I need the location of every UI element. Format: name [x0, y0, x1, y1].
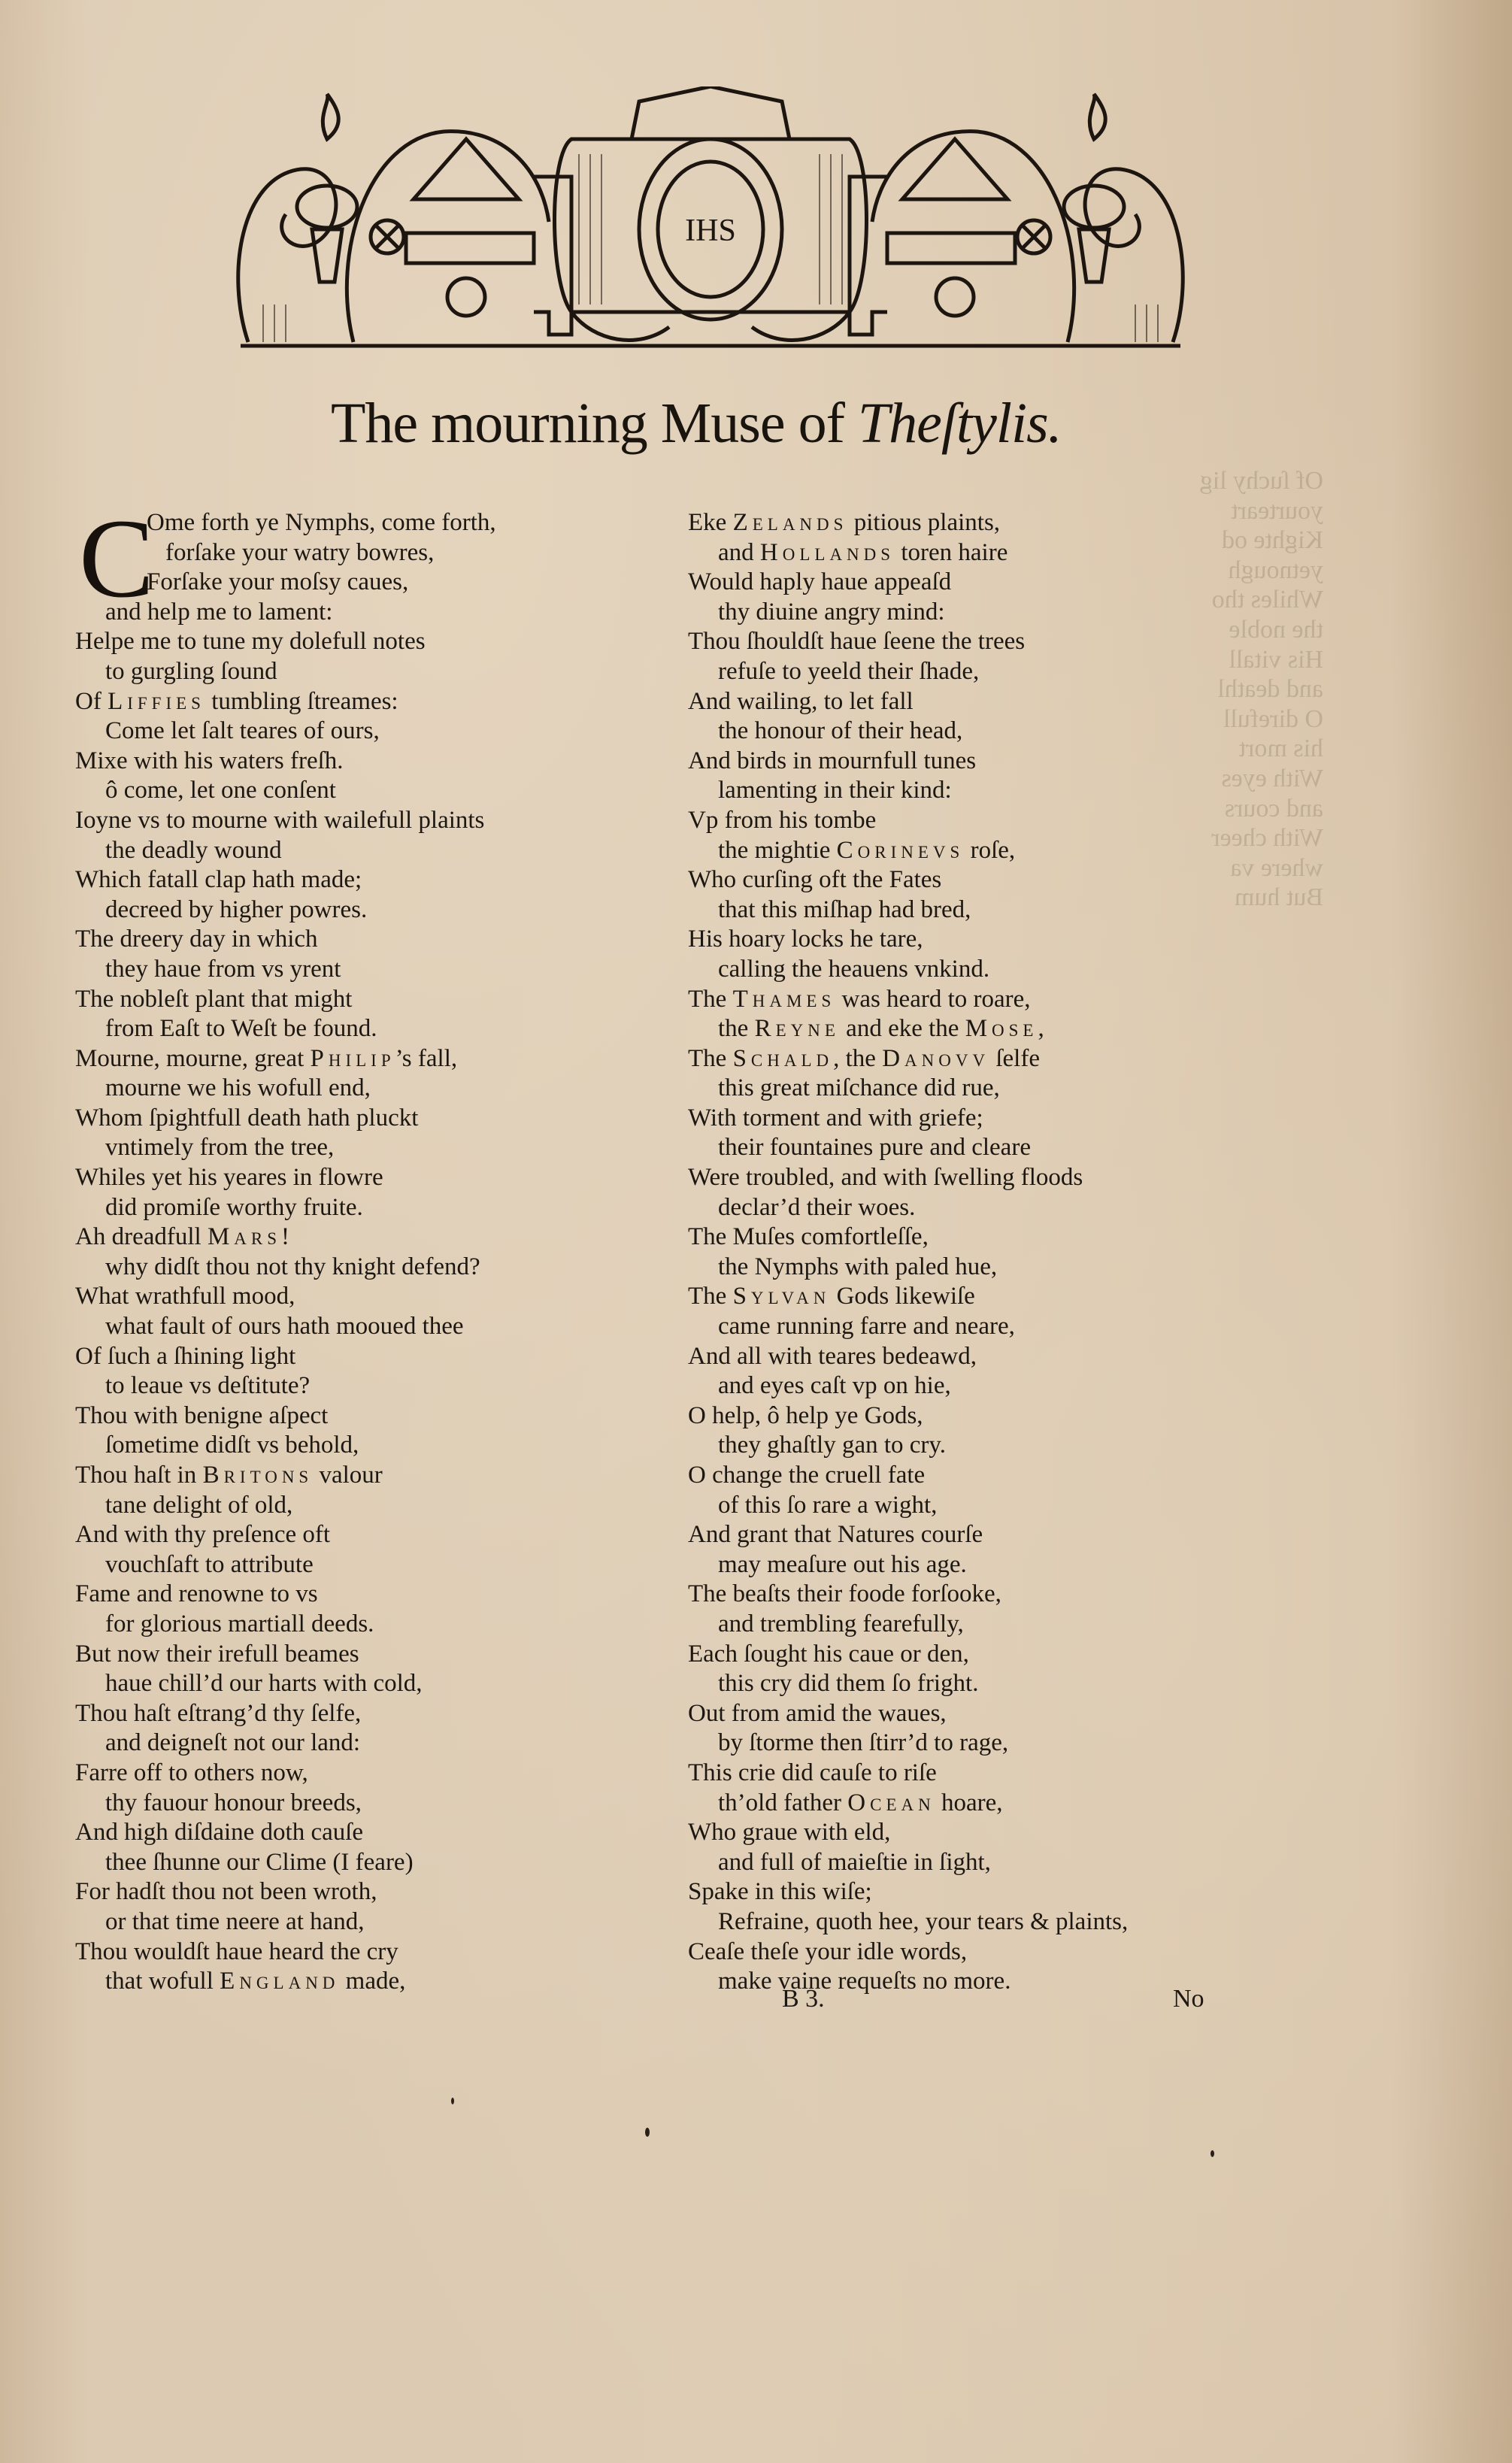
- verse-line: Of ſuch a ſhining light: [75, 1342, 617, 1372]
- book-page: Of ſuchy lig yourteart Kighte od yetnoug…: [0, 0, 1512, 2463]
- verse-line: make vaine requeſts no more.: [688, 1967, 1214, 1997]
- ihs-monogram: IHS: [685, 214, 736, 248]
- verse-text: the mightie: [718, 837, 837, 864]
- verse-line: and full of maieſtie in ſight,: [688, 1848, 1214, 1878]
- verse-line: forſake your watry bowres,: [75, 538, 617, 568]
- verse-line: The beaſts their foode forſooke,: [688, 1580, 1214, 1610]
- verse-line: Spake in this wiſe;: [688, 1877, 1214, 1907]
- verse-line: Of Liffies tumbling ſtreames:: [75, 687, 617, 717]
- verse-line: lamenting in their kind:: [688, 776, 1214, 806]
- verse-line: But now their irefull beames: [75, 1640, 617, 1670]
- verse-line: And with thy preſence oft: [75, 1520, 617, 1550]
- proper-name: Hollands: [760, 539, 895, 566]
- verse-line: And wailing, to let fall: [688, 687, 1214, 717]
- left-column: Ome forth ye Nymphs, come forth,forſake …: [75, 508, 617, 1997]
- verse-line: this cry did them ſo fright.: [688, 1669, 1214, 1699]
- verse-line: Would haply haue appeaſd: [688, 568, 1214, 598]
- verse-line: that this miſhap had bred,: [688, 895, 1214, 926]
- verse-text: and: [718, 539, 760, 566]
- verse-line: the Reyne and eke the Mose,: [688, 1014, 1214, 1044]
- proper-name: Liffies: [108, 688, 205, 715]
- verse-line: Come let ſalt teares of ours,: [75, 716, 617, 747]
- verse-text: Eke: [688, 509, 733, 536]
- verse-line: Forſake your moſsy caues,: [75, 568, 617, 598]
- verse-line: Whom ſpightfull death hath pluckt: [75, 1104, 617, 1134]
- verse-line: And high diſdaine doth cauſe: [75, 1818, 617, 1848]
- verse-line: or that time neere at hand,: [75, 1907, 617, 1937]
- proper-name: England: [220, 1968, 339, 1995]
- verse-line: Eke Zelands pitious plaints,: [688, 508, 1214, 538]
- verse-line: Which fatall clap hath made;: [75, 865, 617, 895]
- verse-line: Mourne, mourne, great Philip’s fall,: [75, 1044, 617, 1074]
- proper-name: Ocean: [847, 1789, 935, 1816]
- catchword: No: [1173, 1985, 1204, 2013]
- verse-line: Were troubled, and with ſwelling floods: [688, 1163, 1214, 1193]
- verse-line: The Schald, the Danovv ſelfe: [688, 1044, 1214, 1074]
- verse-line: Each ſought his caue or den,: [688, 1640, 1214, 1670]
- verse-text: Ah dreadfull: [75, 1223, 208, 1250]
- verse-text: hoare,: [935, 1789, 1003, 1816]
- verse-line: they haue from vs yrent: [75, 955, 617, 985]
- verse-line: And birds in mournfull tunes: [688, 747, 1214, 777]
- proper-name: Britons: [203, 1462, 314, 1489]
- proper-name: Thames: [733, 986, 836, 1013]
- verse-line: Thou with benigne aſpect: [75, 1401, 617, 1431]
- verse-text: and eke the: [840, 1015, 965, 1042]
- verse-line: With torment and with griefe;: [688, 1104, 1214, 1134]
- verse-line: their fountaines pure and cleare: [688, 1133, 1214, 1163]
- verse-line: Out from amid the waues,: [688, 1699, 1214, 1729]
- verse-line: And grant that Natures courſe: [688, 1520, 1214, 1550]
- verse-line: Who curſing oft the Fates: [688, 865, 1214, 895]
- verse-text: pitious plaints,: [847, 509, 1000, 536]
- proper-name: Schald: [733, 1045, 834, 1072]
- verse-text: ſelfe: [989, 1045, 1040, 1072]
- paper-speck: [1211, 2150, 1214, 2157]
- title-roman: The mourning Muse of: [331, 392, 858, 455]
- verse-line: that wofull England made,: [75, 1967, 617, 1997]
- verse-line: O help, ô help ye Gods,: [688, 1401, 1214, 1431]
- verse-text: Mourne, mourne, great: [75, 1045, 311, 1072]
- verse-text: The: [688, 1045, 733, 1072]
- verse-text: made,: [339, 1968, 405, 1995]
- verse-text: !: [281, 1223, 289, 1250]
- verse-line: and help me to lament:: [75, 598, 617, 628]
- verse-line: did promiſe worthy fruite.: [75, 1193, 617, 1223]
- verse-line: mourne we his wofull end,: [75, 1074, 617, 1104]
- verse-text: ’s fall,: [395, 1045, 457, 1072]
- verse-line: tane delight of old,: [75, 1491, 617, 1521]
- verse-text: roſe,: [964, 837, 1015, 864]
- verse-text: valour: [313, 1462, 383, 1489]
- verse-line: the honour of their head,: [688, 716, 1214, 747]
- verse-text: that wofull: [105, 1968, 220, 1995]
- right-column: Eke Zelands pitious plaints,and Hollands…: [688, 508, 1214, 1997]
- verse-line: His hoary locks he tare,: [688, 925, 1214, 955]
- verse-line: ô come, let one conſent: [75, 776, 617, 806]
- proper-name: Danovv: [882, 1045, 989, 1072]
- verse-line: thy diuine angry mind:: [688, 598, 1214, 628]
- proper-name: Sylvan: [733, 1283, 831, 1310]
- verse-line: and trembling fearefully,: [688, 1610, 1214, 1640]
- proper-name: Philip: [311, 1045, 395, 1072]
- verse-line: thee ſhunne our Clime (I feare): [75, 1848, 617, 1878]
- verse-line: Fame and renowne to vs: [75, 1580, 617, 1610]
- verse-line: and Hollands toren haire: [688, 538, 1214, 568]
- verse-line: Ceaſe theſe your idle words,: [688, 1937, 1214, 1968]
- verse-line: Thou haſt in Britons valour: [75, 1461, 617, 1491]
- verse-line: from Eaſt to Weſt be found.: [75, 1014, 617, 1044]
- verse-line: For hadſt thou not been wroth,: [75, 1877, 617, 1907]
- verse-line: to leaue vs deſtitute?: [75, 1371, 617, 1401]
- paper-speck: [451, 2098, 454, 2104]
- verse-line: why didſt thou not thy knight defend?: [75, 1253, 617, 1283]
- verse-line: The nobleſt plant that might: [75, 985, 617, 1015]
- verse-text: the: [718, 1015, 755, 1042]
- verse-line: declar’d their woes.: [688, 1193, 1214, 1223]
- verse-line: Whiles yet his yeares in flowre: [75, 1163, 617, 1193]
- verse-line: Refraine, quoth hee, your tears & plaint…: [688, 1907, 1214, 1937]
- verse-line: The dreery day in which: [75, 925, 617, 955]
- verse-line: Ome forth ye Nymphs, come forth,: [75, 508, 617, 538]
- verse-line: vntimely from the tree,: [75, 1133, 617, 1163]
- verse-line: Vp from his tombe: [688, 806, 1214, 836]
- verse-line: Helpe me to tune my dolefull notes: [75, 627, 617, 657]
- verse-text: , the: [833, 1045, 882, 1072]
- verse-text: toren haire: [895, 539, 1007, 566]
- verse-line: they ghaſtly gan to cry.: [688, 1431, 1214, 1461]
- verse-line: the deadly wound: [75, 836, 617, 866]
- verse-line: Mixe with his waters freſh.: [75, 747, 617, 777]
- verse-line: Thou ſhouldſt haue ſeene the trees: [688, 627, 1214, 657]
- woodcut-headpiece: IHS: [218, 86, 1203, 353]
- verse-line: the mightie Corinevs roſe,: [688, 836, 1214, 866]
- verse-text: Thou haſt in: [75, 1462, 203, 1489]
- verse-line: What wrathfull mood,: [75, 1282, 617, 1312]
- verse-line: decreed by higher powres.: [75, 895, 617, 926]
- verse-line: refuſe to yeeld their ſhade,: [688, 657, 1214, 687]
- verse-line: Farre off to others now,: [75, 1759, 617, 1789]
- verse-line: This crie did cauſe to riſe: [688, 1759, 1214, 1789]
- verse-line: calling the heauens vnkind.: [688, 955, 1214, 985]
- verse-line: And all with teares bedeawd,: [688, 1342, 1214, 1372]
- verse-line: and eyes caſt vp on hie,: [688, 1371, 1214, 1401]
- verse-text: th’old father: [718, 1789, 847, 1816]
- paper-speck: [645, 2128, 650, 2137]
- verse-text: Of: [75, 688, 108, 715]
- title-italic: Theſtylis.: [858, 392, 1062, 455]
- verse-line: of this ſo rare a wight,: [688, 1491, 1214, 1521]
- verse-line: by ſtorme then ſtirr’d to rage,: [688, 1728, 1214, 1759]
- ornament-icon: IHS: [218, 86, 1203, 353]
- verse-line: what fault of ours hath mooued thee: [75, 1312, 617, 1342]
- verse-text: tumbling ſtreames:: [205, 688, 398, 715]
- verse-text: The: [688, 1283, 733, 1310]
- verse-line: ſometime didſt vs behold,: [75, 1431, 617, 1461]
- verse-line: came running farre and neare,: [688, 1312, 1214, 1342]
- verse-line: may meaſure out his age.: [688, 1550, 1214, 1580]
- proper-name: Corinevs: [837, 837, 965, 864]
- verse-line: to gurgling ſound: [75, 657, 617, 687]
- verse-text: The: [688, 986, 733, 1013]
- verse-line: Thou wouldſt haue heard the cry: [75, 1937, 617, 1968]
- verse-line: The Thames was heard to roare,: [688, 985, 1214, 1015]
- page-title: The mourning Muse of Theſtylis.: [331, 391, 1233, 456]
- verse-text: was heard to roare,: [835, 986, 1030, 1013]
- verse-line: and deigneſt not our land:: [75, 1728, 617, 1759]
- verse-line: for glorious martiall deeds.: [75, 1610, 617, 1640]
- verse-line: this great miſchance did rue,: [688, 1074, 1214, 1104]
- verse-line: thy fauour honour breeds,: [75, 1789, 617, 1819]
- proper-name: Reyne: [755, 1015, 840, 1042]
- proper-name: Zelands: [733, 509, 848, 536]
- proper-name: Mose: [965, 1015, 1038, 1042]
- verse-line: Who graue with eld,: [688, 1818, 1214, 1848]
- verse-line: vouchſaft to attribute: [75, 1550, 617, 1580]
- verse-line: the Nymphs with paled hue,: [688, 1253, 1214, 1283]
- verse-line: Ah dreadfull Mars!: [75, 1222, 617, 1253]
- verse-line: haue chill’d our harts with cold,: [75, 1669, 617, 1699]
- verse-text: ,: [1038, 1015, 1044, 1042]
- verse-line: Ioyne vs to mourne with wailefull plaint…: [75, 806, 617, 836]
- verse-line: The Muſes comfortleſſe,: [688, 1222, 1214, 1253]
- proper-name: Mars: [208, 1223, 281, 1250]
- verse-line: th’old father Ocean hoare,: [688, 1789, 1214, 1819]
- verse-text: Gods likewiſe: [830, 1283, 974, 1310]
- verse-line: Thou haſt eſtrang’d thy ſelfe,: [75, 1699, 617, 1729]
- verse-line: The Sylvan Gods likewiſe: [688, 1282, 1214, 1312]
- signature-mark: B 3.: [782, 1985, 825, 2013]
- verse-line: O change the cruell fate: [688, 1461, 1214, 1491]
